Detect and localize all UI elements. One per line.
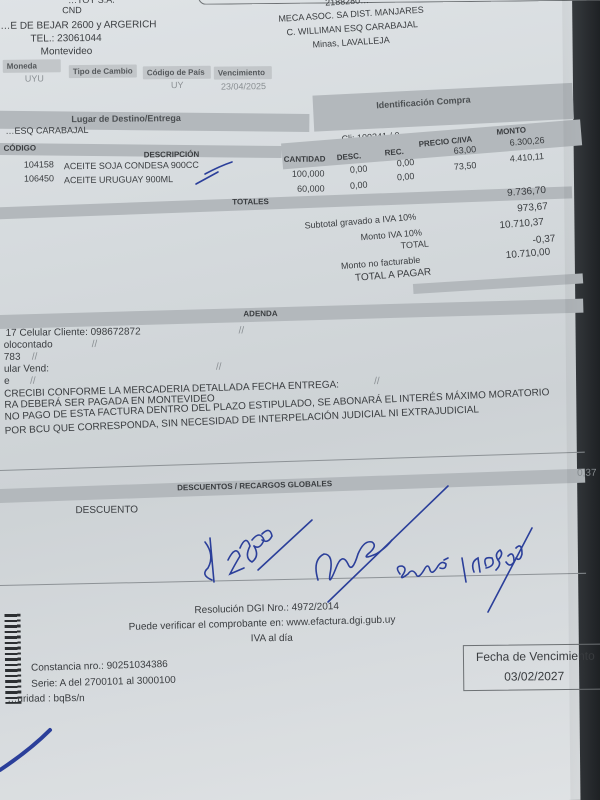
issuer-cnd: CND — [62, 5, 82, 15]
row-description: ACEITE URUGUAY 900ML — [64, 174, 173, 185]
issuer-address: …E DE BEJAR 2600 y ARGERICH — [0, 19, 156, 32]
addenda-line-783: 783 — [4, 352, 21, 363]
totals-subtotal-label: Subtotal gravado a IVA 10% — [304, 212, 416, 231]
row-description: ACEITE SOJA CONDESA 900CC — [64, 160, 199, 171]
receiver-city: Minas, LAVALLEJA — [312, 35, 390, 50]
totals-no-facturable-value: 10.710,00 — [505, 247, 550, 262]
field-tipo-cambio-label: Tipo de Cambio — [69, 64, 137, 78]
delivery-label: Lugar de Destino/Entrega — [71, 113, 181, 124]
divider — [0, 573, 586, 586]
addenda-sep: // — [374, 376, 380, 387]
col-descripcion: DESCRIPCIÓN — [144, 150, 200, 160]
footer-iva: IVA al día — [251, 633, 293, 644]
field-codigo-pais-label: Código de País — [143, 66, 211, 80]
header-box — [198, 0, 600, 5]
invoice-paper: …TOY S.A. CND …E DE BEJAR 2600 y ARGERIC… — [0, 0, 580, 800]
col-codigo: CÓDIGO — [4, 144, 37, 153]
addenda-sep: // — [32, 352, 38, 363]
discounts-value: 0,37 — [577, 468, 597, 479]
total-a-pagar-label: TOTAL A PAGAR — [355, 267, 432, 284]
footer-constancia: Constancia nro.: 90251034386 — [31, 659, 168, 674]
totals-iva-value: 10.710,37 — [499, 217, 544, 232]
issuer-city: Montevideo — [41, 46, 93, 58]
footer-serie: Serie: A del 2700101 al 3000100 — [31, 675, 176, 690]
footer-security-code: …uridad : bqBs/n — [7, 693, 84, 705]
totals-total-label: TOTAL — [400, 238, 429, 250]
delivery-value: …ESQ CARABAJAL — [5, 125, 88, 136]
addenda-sep: // — [238, 325, 244, 336]
discounts-label: DESCUENTO — [75, 504, 138, 516]
row-desc: 0,00 — [350, 179, 368, 190]
footer-verify-link[interactable]: Puede verificar el comprobante en: www.e… — [129, 614, 396, 632]
row-desc: 0,00 — [349, 163, 367, 174]
issuer-phone: TEL.: 23061044 — [30, 33, 101, 45]
row-code: 104158 — [24, 159, 54, 169]
addenda-line-contado: olocontado — [4, 339, 53, 351]
row-rec: 0,00 — [396, 157, 414, 168]
field-moneda-label: Moneda — [3, 59, 61, 73]
totals-band — [0, 186, 572, 219]
field-vencimiento-value: 23/04/2025 — [221, 81, 266, 91]
addenda-line-celular: 17 Celular Cliente: 098672872 — [5, 326, 140, 338]
field-vencimiento-label: Vencimiento — [214, 66, 272, 80]
qr-code — [4, 614, 21, 704]
addenda-sep: // — [92, 339, 98, 350]
totals-subtotal-value: 973,67 — [517, 201, 548, 214]
addenda-band — [0, 299, 583, 329]
due-date-box: Fecha de Vencimiento 03/02/2027 — [463, 643, 600, 691]
col-cantidad: CANTIDAD — [284, 154, 326, 163]
row-quantity: 100,000 — [292, 169, 325, 179]
items-header-band-left — [0, 143, 282, 158]
row-price: 63,00 — [453, 144, 476, 156]
row-quantity: 60,000 — [297, 184, 325, 194]
field-codigo-pais-value: UY — [171, 80, 184, 90]
totals-total-value: -0,37 — [532, 233, 556, 246]
row-code: 106450 — [24, 173, 54, 183]
addenda-line-vend: ular Vend: — [4, 363, 49, 374]
due-date-value: 03/02/2027 — [504, 669, 564, 684]
addenda-sep: // — [30, 376, 36, 387]
receiver-rut: 2188280… — [325, 0, 370, 8]
total-a-pagar-band — [413, 273, 583, 294]
col-rec: REC. — [384, 147, 404, 158]
row-amount: 4.410,11 — [509, 151, 544, 164]
due-date-label: Fecha de Vencimiento — [476, 649, 595, 664]
footer-resolution: Resolución DGI Nro.: 4972/2014 — [194, 601, 339, 616]
divider — [0, 452, 585, 472]
totals-header: TOTALES — [232, 197, 269, 206]
row-rec: 0,00 — [397, 171, 415, 182]
row-price: 73,50 — [453, 160, 476, 172]
addenda-line-e: e — [4, 376, 10, 387]
field-moneda-value: UYU — [25, 73, 44, 83]
addenda-sep: // — [216, 362, 222, 373]
addenda-header: ADENDA — [243, 309, 277, 318]
